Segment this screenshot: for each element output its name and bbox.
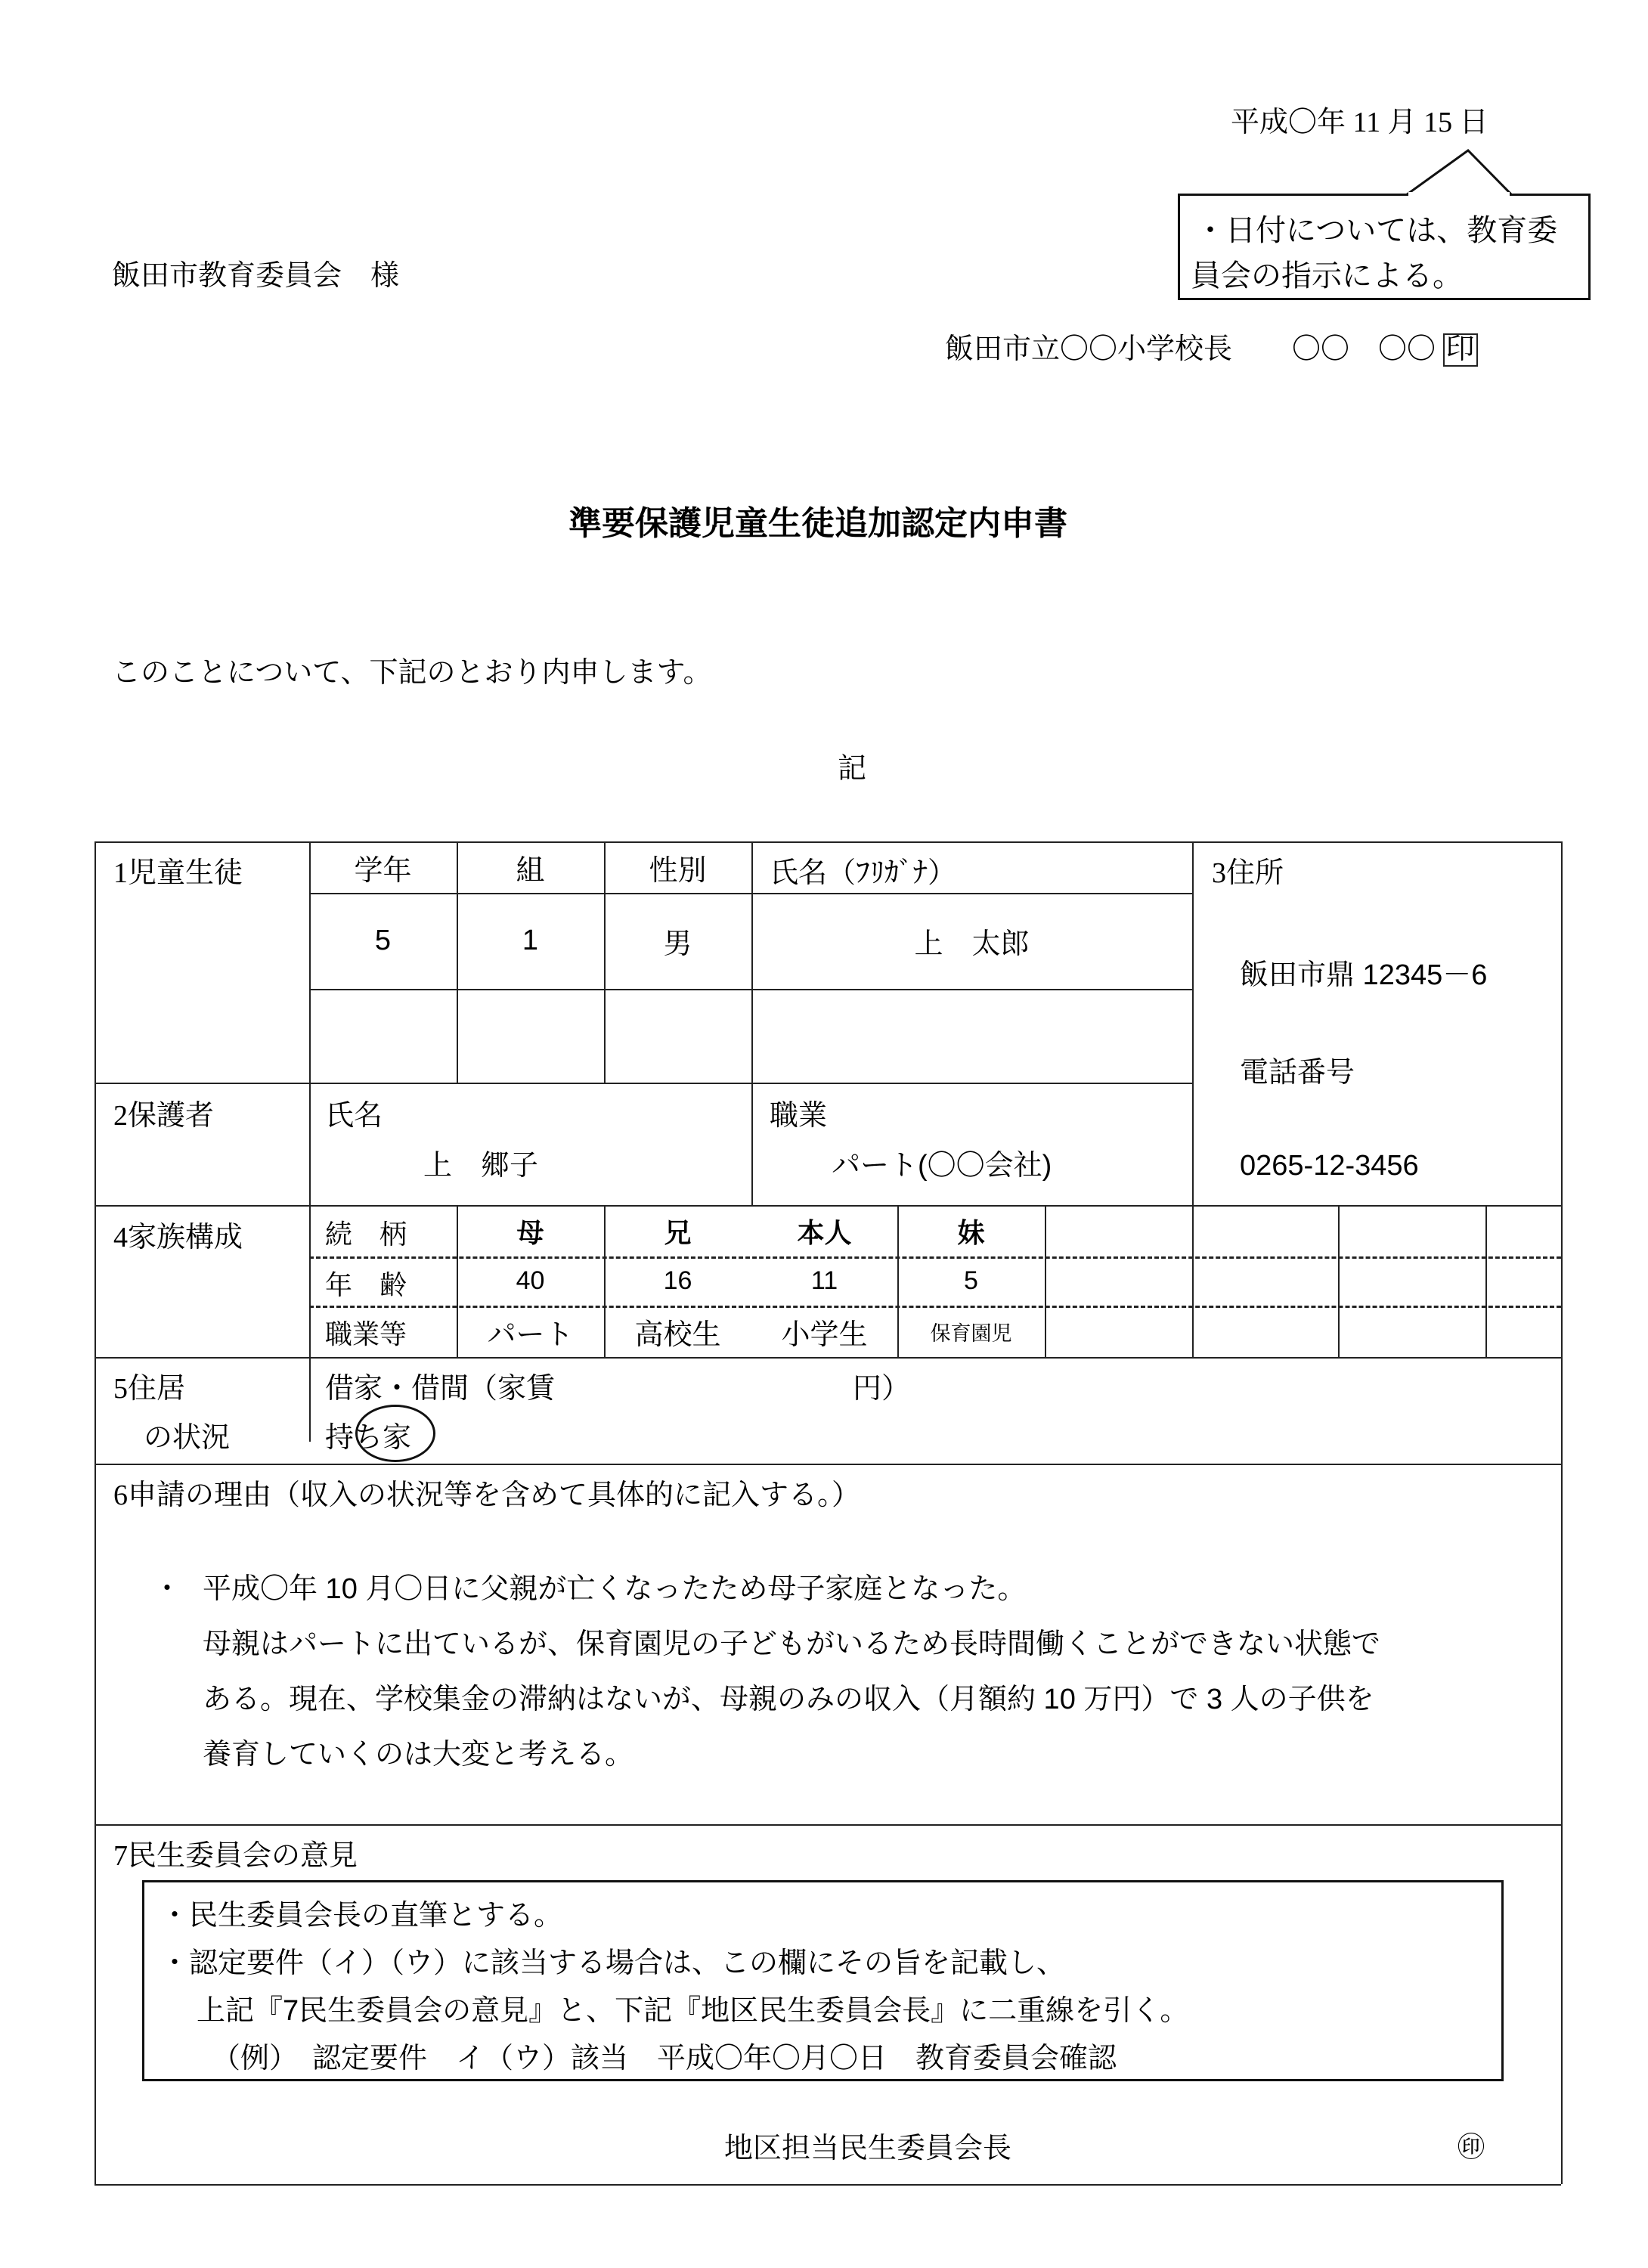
opinion-note-2: ・認定要件（イ）（ウ）に該当する場合は、この欄にその旨を記載し、 <box>160 1939 1065 1981</box>
document-date: 平成〇年 11 月 15 日 <box>1231 98 1488 140</box>
housing-label-2: の状況 <box>144 1414 230 1455</box>
sender-school: 飯田市立〇〇小学校長 〇〇 〇〇 印 <box>945 325 1478 367</box>
family-age-4: 5 <box>897 1256 1045 1306</box>
grade-header: 学年 <box>309 841 457 893</box>
family-relation-3: 本人 <box>751 1205 897 1256</box>
phone-value: 0265-12-3456 <box>1240 1150 1419 1182</box>
intro-text: このことについて、下記のとおり内申します。 <box>112 649 711 690</box>
ki-heading: 記 <box>838 745 866 786</box>
reason-label: 6申請の理由（収入の状況等を含めて具体的に記入する。） <box>113 1471 860 1513</box>
family-age-1: 40 <box>457 1256 604 1306</box>
seal-icon: ㊞ <box>1457 2126 1485 2164</box>
family-job-3: 小学生 <box>751 1306 897 1357</box>
student-section-label: 1児童生徒 <box>113 849 243 891</box>
guardian-name-label: 氏名 <box>325 1092 383 1133</box>
guardian-job-label: 職業 <box>770 1092 827 1133</box>
family-age-2: 16 <box>604 1256 751 1306</box>
phone-label: 電話番号 <box>1240 1049 1355 1090</box>
callout-line-2: 員会の指示による。 <box>1191 252 1463 295</box>
family-relation-2: 兄 <box>604 1205 751 1256</box>
job-row-label: 職業等 <box>325 1313 407 1352</box>
guardian-name-value: 上 郷子 <box>423 1142 538 1183</box>
class-value: 1 <box>457 893 604 989</box>
opinion-label: 7民生委員会の意見 <box>113 1832 358 1873</box>
class-header: 組 <box>457 841 604 893</box>
student-name-value: 上 太郎 <box>751 893 1192 989</box>
housing-label-1: 5住居 <box>113 1365 185 1406</box>
address-label: 3住所 <box>1212 849 1284 891</box>
housing-option-rent[interactable]: 借家・借間（家賃 <box>325 1365 555 1406</box>
family-section-label: 4家族構成 <box>113 1213 243 1255</box>
district-chair-label: 地区担当民生委員会長 <box>724 2124 1011 2166</box>
address-value: 飯田市鼎 12345－6 <box>1240 951 1487 993</box>
family-age-3: 11 <box>751 1256 897 1306</box>
callout-line-1: ・日付については、教育委 <box>1195 206 1557 249</box>
guardian-section-label: 2保護者 <box>113 1092 214 1133</box>
addressee: 飯田市教育委員会 様 <box>112 252 399 293</box>
callout-pointer-icon <box>1406 148 1535 197</box>
reason-bullet: ・ <box>153 1565 181 1606</box>
opinion-note-3: 上記『7民生委員会の意見』と、下記『地区民生委員会長』に二重線を引く。 <box>197 1987 1188 2028</box>
relation-row-label: 続 柄 <box>325 1213 407 1252</box>
sex-header: 性別 <box>604 841 751 893</box>
age-row-label: 年 齢 <box>325 1264 407 1303</box>
sender-title: 飯田市立〇〇小学校長 <box>945 333 1232 365</box>
date-instruction-callout: ・日付については、教育委 員会の指示による。 <box>1178 194 1591 300</box>
reason-line-3: ある。現在、学校集金の滞納はないが、母親のみの収入（月額約 10 万円）で 3 … <box>203 1675 1374 1717</box>
grade-value: 5 <box>309 893 457 989</box>
family-job-4: 保育園児 <box>897 1306 1045 1357</box>
seal-stamp: 印 <box>1443 333 1478 367</box>
family-relation-1: 母 <box>457 1205 604 1256</box>
sender-name: 〇〇 〇〇 <box>1292 333 1436 365</box>
opinion-note-4: （例） 認定要件 イ（ウ）該当 平成〇年〇月〇日 教育委員会確認 <box>212 2034 1117 2076</box>
guardian-job-value: パート(〇〇会社) <box>832 1142 1052 1183</box>
page-title: 準要保護児童生徒追加認定内申書 <box>568 496 1067 544</box>
selected-circle-mark <box>355 1405 435 1462</box>
reason-line-4: 養育していくのは大変と考える。 <box>203 1730 633 1772</box>
family-job-1: パート <box>457 1306 604 1357</box>
sex-value: 男 <box>604 893 751 989</box>
reason-line-1: 平成〇年 10 月〇日に父親が亡くなったため母子家庭となった。 <box>203 1565 1026 1606</box>
family-relation-4: 妹 <box>897 1205 1045 1256</box>
rent-unit: 円） <box>853 1365 910 1406</box>
name-header: 氏名（ﾌﾘｶﾞﾅ） <box>770 849 956 891</box>
opinion-note-1: ・民生委員会長の直筆とする。 <box>160 1892 562 1933</box>
reason-line-2: 母親はパートに出ているが、保育園児の子どもがいるため長時間働くことができない状態… <box>203 1620 1380 1662</box>
family-job-2: 高校生 <box>604 1306 751 1357</box>
